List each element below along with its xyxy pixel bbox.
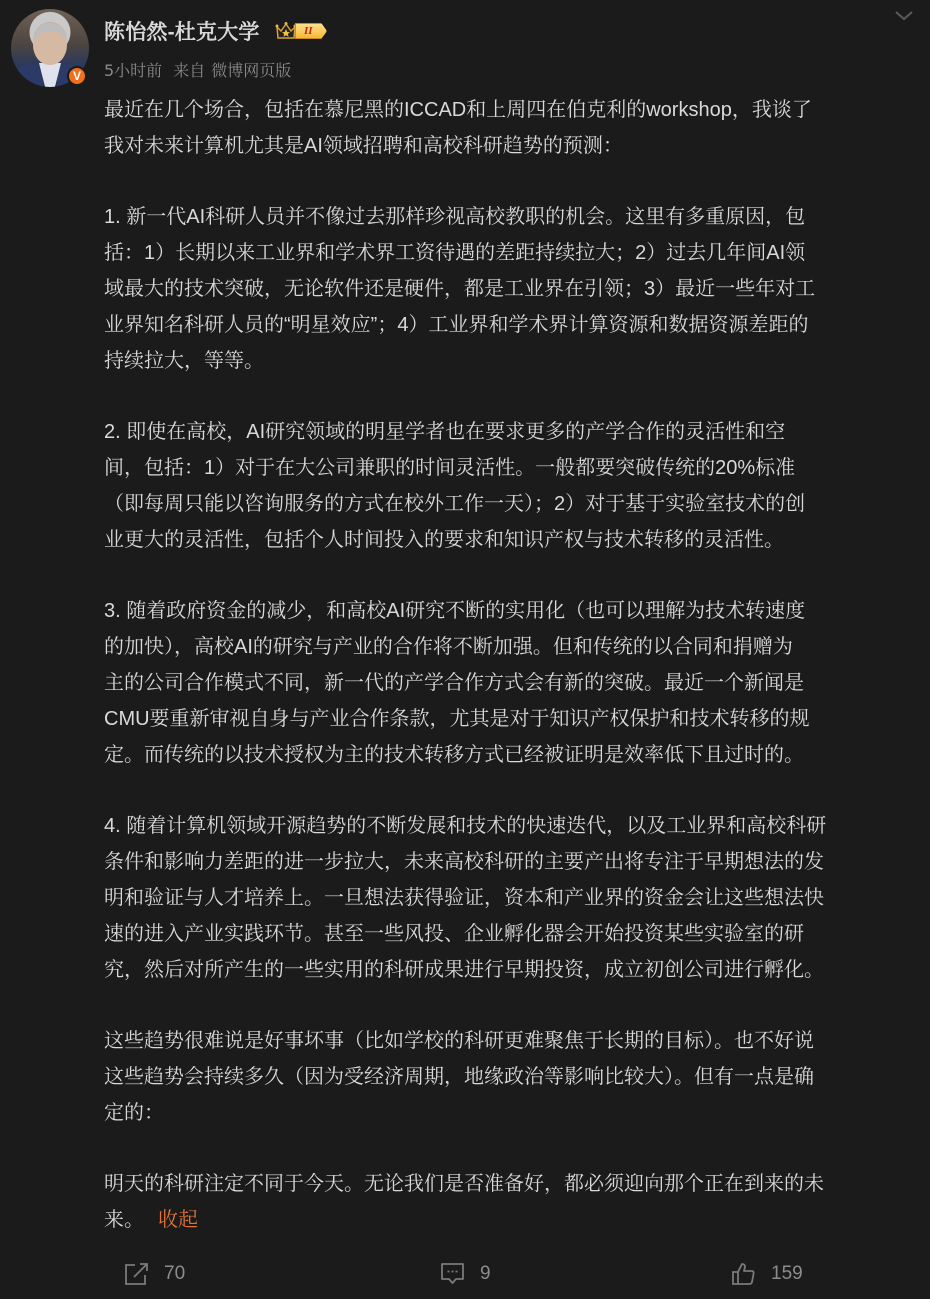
text-line: 这些趋势很难说是好事坏事（比如学校的科研更难聚焦于长期的目标）。也不好说 [104, 1023, 919, 1059]
like-count: 159 [771, 1263, 803, 1285]
like-button[interactable]: 159 [731, 1256, 803, 1292]
text-line: 明天的科研注定不同于今天。无论我们是否准备好，都必须迎向那个正在到来的未 [104, 1166, 919, 1202]
paragraph-point-3: 3. 随着政府资金的减少，和高校AI研究不断的实用化（也可以理解为技术转速度 的… [104, 593, 919, 773]
member-level-badge[interactable]: II [275, 20, 333, 42]
text-line: 括：1）长期以来工业界和学术界工资待遇的差距持续拉大；2）过去几年间AI领 [104, 235, 919, 271]
text-line: 究，然后对所产生的一些实用的科研成果进行早期投资，成立初创公司进行孵化。 [104, 952, 919, 988]
text-line: 2. 即使在高校，AI研究领域的明星学者也在要求更多的产学合作的灵活性和空 [104, 414, 919, 450]
text-line: 的加快），高校AI的研究与产业的合作将不断加强。但和传统的以合同和捐赠为 [104, 629, 919, 665]
text-line: 最近在几个场合，包括在慕尼黑的ICCAD和上周四在伯克利的workshop，我谈… [104, 92, 919, 128]
post-content: 最近在几个场合，包括在慕尼黑的ICCAD和上周四在伯克利的workshop，我谈… [104, 92, 919, 1238]
text-line: （即每周只能以咨询服务的方式在校外工作一天）；2）对于基于实验室技术的创 [104, 486, 919, 522]
text-line: 业更大的灵活性，包括个人时间投入的要求和知识产权与技术转移的灵活性。 [104, 522, 919, 558]
text-line: 条件和影响力差距的进一步拉大，未来高校科研的主要产出将专注于早期想法的发 [104, 844, 919, 880]
text-line: CMU要重新审视自身与产业合作条款，尤其是对于知识产权保护和技术转移的规 [104, 701, 919, 737]
text-line: 这些趋势会持续多久（因为受经济周期，地缘政治等影响比较大）。但有一点是确 [104, 1059, 919, 1095]
share-icon [124, 1262, 150, 1286]
text-line: 业界知名科研人员的“明星效应”；4）工业界和学术界计算资源和数据资源差距的 [104, 307, 919, 343]
repost-count: 70 [164, 1263, 185, 1285]
post-source: 微博网页版 [211, 61, 291, 80]
avatar-face [33, 23, 67, 65]
paragraph-intro: 最近在几个场合，包括在慕尼黑的ICCAD和上周四在伯克利的workshop，我谈… [104, 92, 919, 164]
post-time[interactable]: 5小时前 [104, 61, 162, 80]
chevron-down-icon[interactable] [893, 8, 915, 22]
avatar-jacket-left [15, 65, 43, 87]
text-line: 1. 新一代AI科研人员并不像过去那样珍视高校教职的机会。这里有多重原因，包 [104, 199, 919, 235]
collapse-text-link[interactable]: 收起 [158, 1209, 198, 1231]
text-line: 持续拉大，等等。 [104, 343, 919, 379]
thumbs-up-icon [731, 1262, 757, 1286]
paragraph-conclusion: 明天的科研注定不同于今天。无论我们是否准备好，都必须迎向那个正在到来的未 来。收… [104, 1166, 919, 1238]
comment-icon [440, 1262, 466, 1286]
source-prefix: 来自 [173, 61, 205, 80]
paragraph-point-1: 1. 新一代AI科研人员并不像过去那样珍视高校教职的机会。这里有多重原因，包 括… [104, 199, 919, 379]
text-line: 间，包括：1）对于在大公司兼职的时间灵活性。一般都要突破传统的20%标准 [104, 450, 919, 486]
repost-button[interactable]: 70 [124, 1256, 185, 1292]
verified-badge-icon: V [67, 66, 87, 86]
text-line: 4. 随着计算机领域开源趋势的不断发展和技术的快速迭代，以及工业界和高校科研 [104, 808, 919, 844]
level-tag: II [295, 23, 327, 39]
text-line: 速的进入产业实践环节。甚至一些风投、企业孵化器会开始投资某些实验室的研 [104, 916, 919, 952]
text-line: 我对未来计算机尤其是AI领域招聘和高校科研趋势的预测： [104, 128, 919, 164]
paragraph-point-2: 2. 即使在高校，AI研究领域的明星学者也在要求更多的产学合作的灵活性和空 间，… [104, 414, 919, 558]
paragraph-point-4: 4. 随着计算机领域开源趋势的不断发展和技术的快速迭代，以及工业界和高校科研 条… [104, 808, 919, 988]
text-line: 域最大的技术突破，无论软件还是硬件，都是工业界在引领；3）最近一些年对工 [104, 271, 919, 307]
paragraph-reflection: 这些趋势很难说是好事坏事（比如学校的科研更难聚焦于长期的目标）。也不好说 这些趋… [104, 1023, 919, 1131]
weibo-post: V 陈怡然-杜克大学 II 5小时前 来自微博网页版 最近在几个场合，包括在慕尼… [0, 0, 930, 1299]
text-fragment: 来。 [104, 1209, 144, 1231]
crown-icon [275, 21, 297, 41]
text-line: 主的公司合作模式不同，新一代的产学合作方式会有新的突破。最近一个新闻是 [104, 665, 919, 701]
text-line: 3. 随着政府资金的减少，和高校AI研究不断的实用化（也可以理解为技术转速度 [104, 593, 919, 629]
text-line: 定。而传统的以技术授权为主的技术转移方式已经被证明是效率低下且过时的。 [104, 737, 919, 773]
post-actions-bar: 70 9 159 [0, 1256, 930, 1292]
post-meta: 5小时前 来自微博网页版 [104, 58, 297, 81]
author-name[interactable]: 陈怡然-杜克大学 [104, 16, 260, 46]
text-line: 定的： [104, 1095, 919, 1131]
comment-button[interactable]: 9 [440, 1256, 491, 1292]
text-line-last: 来。收起 [104, 1202, 919, 1238]
text-line: 明和验证与人才培养上。一旦想法获得验证，资本和产业界的资金会让这些想法快 [104, 880, 919, 916]
comment-count: 9 [480, 1263, 491, 1285]
